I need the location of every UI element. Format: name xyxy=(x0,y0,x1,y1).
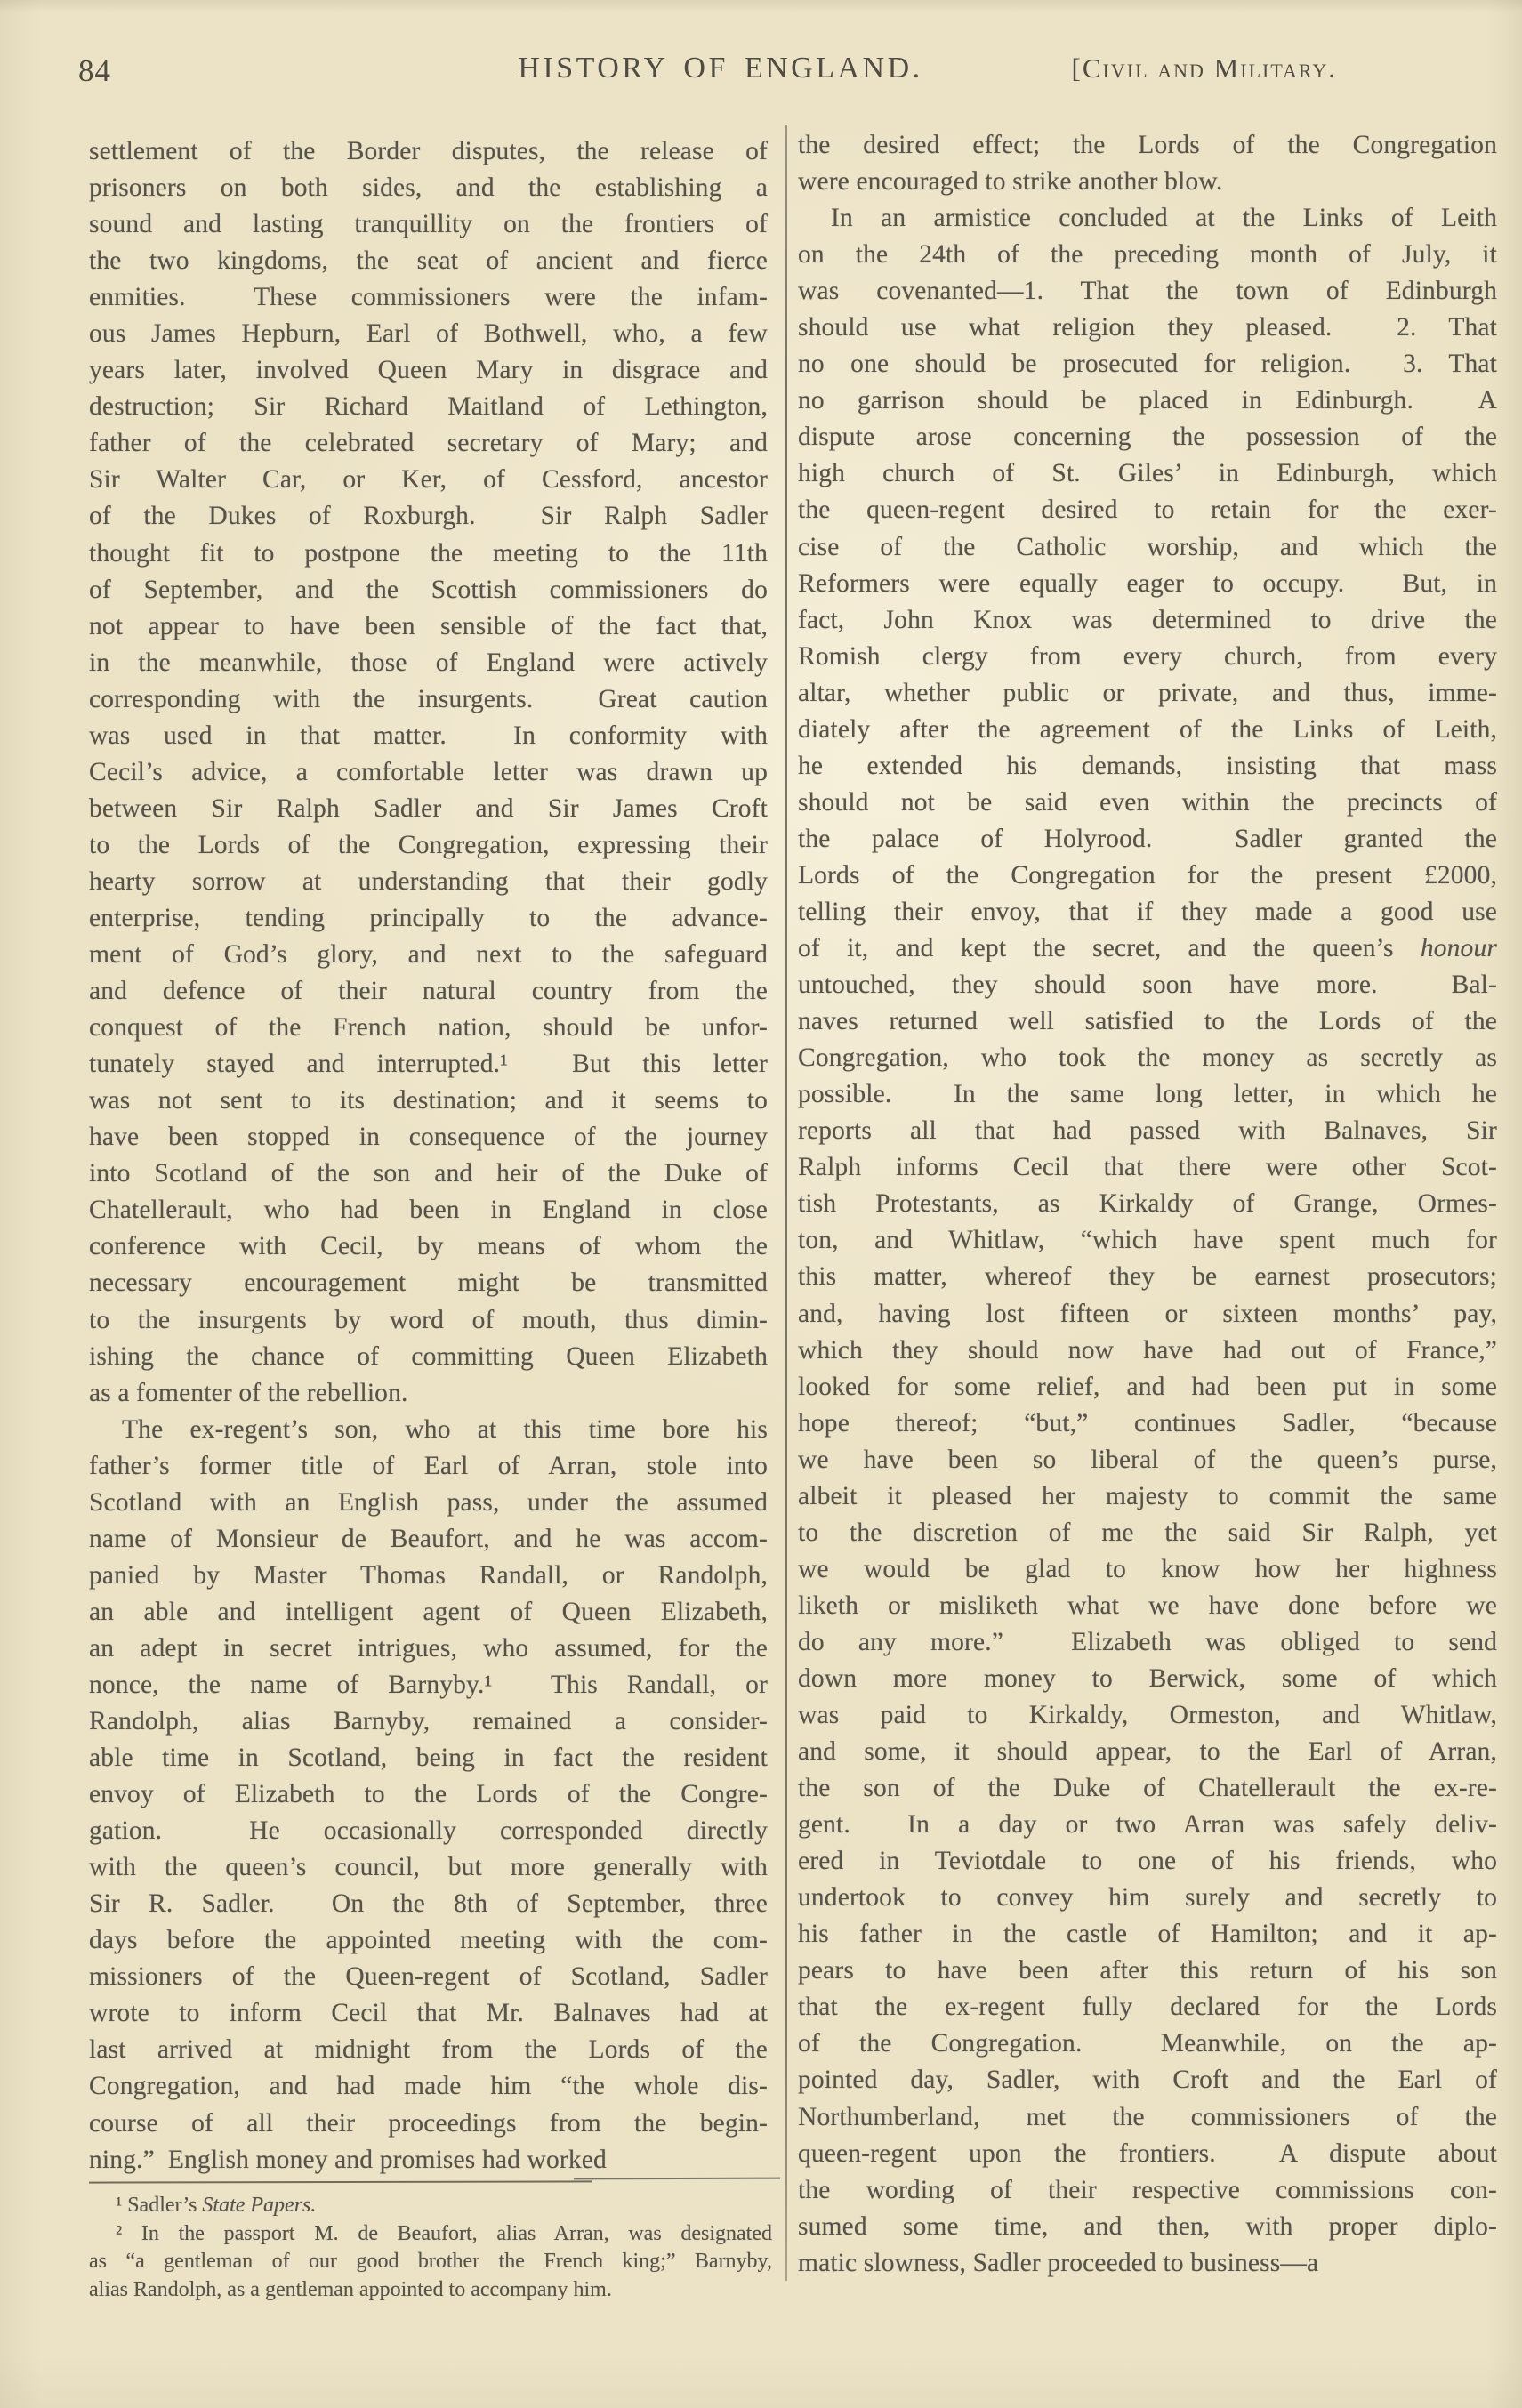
text-segment: Randolph, alias Barnyby, remained a cons… xyxy=(89,1707,768,1736)
text-segment: Cecil’s advice, a comfortable letter was… xyxy=(89,758,768,786)
text-segment: of the Congregation. Meanwhile, on the a… xyxy=(798,2029,1497,2058)
text-line: sumed some time, and then, with proper d… xyxy=(798,2209,1497,2245)
text-segment: as “a gentleman of our good brother the … xyxy=(89,2250,772,2273)
text-line: looked for some relief, and had been put… xyxy=(798,1369,1497,1405)
text-line: ishing the chance of committing Queen El… xyxy=(89,1339,768,1375)
text-segment: missioners of the Queen-regent of Scotla… xyxy=(89,1962,768,1991)
text-segment: sound and lasting tranquillity on the fr… xyxy=(89,210,768,238)
text-line: with the queen’s council, but more gener… xyxy=(89,1849,768,1886)
text-segment: necessary encouragement might be transmi… xyxy=(89,1268,768,1297)
text-segment: fact, John Knox was determined to drive … xyxy=(798,606,1497,634)
text-segment: Ralph informs Cecil that there were othe… xyxy=(798,1153,1497,1181)
text-line: of it, and kept the secret, and the quee… xyxy=(798,930,1497,967)
text-segment: and, having lost fifteen or sixteen mont… xyxy=(798,1300,1497,1328)
text-line: this matter, whereof they be earnest pro… xyxy=(798,1259,1497,1295)
text-line: as a fomenter of the rebellion. xyxy=(89,1375,768,1412)
text-line: the two kingdoms, the seat of ancient an… xyxy=(89,243,768,279)
text-segment: prisoners on both sides, and the establi… xyxy=(89,173,768,202)
text-line: the son of the Duke of Chatellerault the… xyxy=(798,1770,1497,1807)
text-segment: naves returned well satisfied to the Lor… xyxy=(798,1007,1497,1035)
text-line: altar, whether public or private, and th… xyxy=(798,675,1497,712)
text-segment: on the 24th of the preceding month of Ju… xyxy=(798,240,1497,269)
text-line: which they should now have had out of Fr… xyxy=(798,1333,1497,1369)
text-line: have been stopped in consequence of the … xyxy=(89,1119,768,1156)
text-segment: down more money to Berwick, some of whic… xyxy=(798,1664,1497,1693)
text-line: do any more.” Elizabeth was obliged to s… xyxy=(798,1624,1497,1661)
text-segment: to the Lords of the Congregation, expres… xyxy=(89,831,768,859)
text-line: Sir Walter Car, or Ker, of Cessford, anc… xyxy=(89,462,768,498)
text-segment: nonce, the name of Barnyby.¹ This Randal… xyxy=(89,1671,768,1699)
text-segment: he extended his demands, insisting that … xyxy=(798,752,1497,780)
text-segment: do any more.” Elizabeth was obliged to s… xyxy=(798,1628,1497,1656)
text-segment: Chatellerault, who had been in England i… xyxy=(89,1196,768,1224)
text-line: course of all their proceedings from the… xyxy=(89,2106,768,2142)
text-segment: should use what religion they pleased. 2… xyxy=(798,313,1497,342)
italic-text: State Papers. xyxy=(202,2194,316,2217)
text-line: we have been so liberal of the queen’s p… xyxy=(798,1442,1497,1478)
text-line: ered in Teviotdale to one of his friends… xyxy=(798,1843,1497,1880)
text-segment: envoy of Elizabeth to the Lords of the C… xyxy=(89,1780,768,1808)
footnotes: ¹ Sadler’s State Papers.² In the passpor… xyxy=(89,2192,772,2304)
text-line: of September, and the Scottish commissio… xyxy=(89,572,768,608)
text-segment: panied by Master Thomas Randall, or Rand… xyxy=(89,1561,768,1590)
text-line: father’s former title of Earl of Arran, … xyxy=(89,1448,768,1485)
text-segment: Romish clergy from every church, from ev… xyxy=(798,642,1497,671)
text-segment: thought fit to postpone the meeting to t… xyxy=(89,539,768,568)
text-line: conference with Cecil, by means of whom … xyxy=(89,1228,768,1265)
book-page: 84 HISTORY OF ENGLAND. [Civil and Milita… xyxy=(0,0,1522,2408)
text-segment: high church of St. Giles’ in Edinburgh, … xyxy=(798,459,1497,487)
text-segment: we have been so liberal of the queen’s p… xyxy=(798,1446,1497,1474)
text-line: on the 24th of the preceding month of Ju… xyxy=(798,237,1497,273)
text-segment: and some, it should appear, to the Earl … xyxy=(798,1737,1497,1766)
text-segment: the son of the Duke of Chatellerault the… xyxy=(798,1774,1497,1802)
text-segment: untouched, they should soon have more. B… xyxy=(798,970,1497,999)
text-segment: this matter, whereof they be earnest pro… xyxy=(798,1262,1497,1291)
running-head-section: [Civil and Military. xyxy=(1072,52,1337,85)
text-segment: gent. In a day or two Arran was safely d… xyxy=(798,1810,1497,1839)
text-segment: of it, and kept the secret, and the quee… xyxy=(798,934,1421,962)
text-line: name of Monsieur de Beaufort, and he was… xyxy=(89,1521,768,1558)
text-segment: the queen-regent desired to retain for t… xyxy=(798,495,1497,524)
text-line: the desired effect; the Lords of the Con… xyxy=(798,127,1497,164)
text-segment: enterprise, tending principally to the a… xyxy=(89,904,768,932)
text-segment: no garrison should be placed in Edinburg… xyxy=(798,386,1497,415)
text-line: years later, involved Queen Mary in disg… xyxy=(89,352,768,389)
text-segment: days before the appointed meeting with t… xyxy=(89,1926,768,1954)
text-line: to the insurgents by word of mouth, thus… xyxy=(89,1302,768,1339)
text-line: were encouraged to strike another blow. xyxy=(798,164,1497,200)
text-segment: name of Monsieur de Beaufort, and he was… xyxy=(89,1525,768,1553)
text-line: high church of St. Giles’ in Edinburgh, … xyxy=(798,455,1497,492)
text-line: days before the appointed meeting with t… xyxy=(89,1922,768,1959)
text-segment: father’s former title of Earl of Arran, … xyxy=(89,1452,768,1480)
text-line: of the Congregation. Meanwhile, on the a… xyxy=(798,2025,1497,2062)
text-segment: hearty sorrow at understanding that thei… xyxy=(89,867,768,896)
text-line: no garrison should be placed in Edinburg… xyxy=(798,383,1497,419)
text-line: undertook to convey him surely and secre… xyxy=(798,1880,1497,1916)
text-segment: ¹ Sadler’s xyxy=(116,2194,202,2217)
text-segment: wrote to inform Cecil that Mr. Balnaves … xyxy=(89,1999,768,2027)
text-line: the queen-regent desired to retain for t… xyxy=(798,492,1497,528)
text-line: an adept in secret intrigues, who assume… xyxy=(89,1631,768,1667)
text-segment: pears to have been after this return of … xyxy=(798,1956,1497,1985)
text-segment: hope thereof; “but,” continues Sadler, “… xyxy=(798,1409,1497,1438)
right-column: the desired effect; the Lords of the Con… xyxy=(798,127,1497,2282)
text-segment: Lords of the Congregation for the presen… xyxy=(798,861,1497,890)
text-line: gent. In a day or two Arran was safely d… xyxy=(798,1807,1497,1843)
text-line: his father in the castle of Hamilton; an… xyxy=(798,1916,1497,1953)
text-line: untouched, they should soon have more. B… xyxy=(798,967,1497,1003)
text-segment: sumed some time, and then, with proper d… xyxy=(798,2212,1497,2241)
text-segment: tish Protestants, as Kirkaldy of Grange,… xyxy=(798,1189,1497,1218)
text-line: father of the celebrated secretary of Ma… xyxy=(89,425,768,462)
footnote-line: ² In the passport M. de Beaufort, alias … xyxy=(89,2220,772,2249)
text-line: ton, and Whitlaw, “which have spent much… xyxy=(798,1222,1497,1259)
text-line: Congregation, and had made him “the whol… xyxy=(89,2068,768,2105)
text-line: nonce, the name of Barnyby.¹ This Randal… xyxy=(89,1667,768,1703)
text-line: able time in Scotland, being in fact the… xyxy=(89,1740,768,1776)
text-line: in the meanwhile, those of England were … xyxy=(89,645,768,681)
text-line: was used in that matter. In conformity w… xyxy=(89,718,768,754)
text-segment: pointed day, Sadler, with Croft and the … xyxy=(798,2066,1497,2094)
text-segment: between Sir Ralph Sadler and Sir James C… xyxy=(89,794,768,823)
text-segment: In an armistice concluded at the Links o… xyxy=(831,204,1497,232)
text-segment: was paid to Kirkaldy, Ormeston, and Whit… xyxy=(798,1701,1497,1729)
text-segment: was covenanted—1. That the town of Edinb… xyxy=(798,277,1497,305)
text-segment: was not sent to its destination; and it … xyxy=(89,1086,768,1115)
text-line: Cecil’s advice, a comfortable letter was… xyxy=(89,754,768,791)
text-line: Sir R. Sadler. On the 8th of September, … xyxy=(89,1886,768,1922)
text-segment: have been stopped in consequence of the … xyxy=(89,1123,768,1151)
text-segment: an able and intelligent agent of Queen E… xyxy=(89,1598,768,1626)
text-line: and, having lost fifteen or sixteen mont… xyxy=(798,1296,1497,1333)
text-line: wrote to inform Cecil that Mr. Balnaves … xyxy=(89,1995,768,2032)
text-line: panied by Master Thomas Randall, or Rand… xyxy=(89,1558,768,1594)
text-line: ment of God’s glory, and next to the saf… xyxy=(89,937,768,973)
text-line: should not be said even within the preci… xyxy=(798,785,1497,821)
text-segment: ton, and Whitlaw, “which have spent much… xyxy=(798,1226,1497,1254)
text-segment: to the discretion of me the said Sir Ral… xyxy=(798,1518,1497,1547)
text-segment: last arrived at midnight from the Lords … xyxy=(89,2035,768,2064)
text-segment: was used in that matter. In conformity w… xyxy=(89,721,768,750)
text-line: tish Protestants, as Kirkaldy of Grange,… xyxy=(798,1186,1497,1222)
text-line: cise of the Catholic worship, and which … xyxy=(798,529,1497,566)
text-segment: cise of the Catholic worship, and which … xyxy=(798,533,1497,561)
text-line: tunately stayed and interrupted.¹ But th… xyxy=(89,1046,768,1083)
footnote-line: ¹ Sadler’s State Papers. xyxy=(89,2192,772,2220)
text-line: to the discretion of me the said Sir Ral… xyxy=(798,1515,1497,1551)
text-segment: undertook to convey him surely and secre… xyxy=(798,1883,1497,1912)
text-segment: ous James Hepburn, Earl of Bothwell, who… xyxy=(89,319,768,348)
text-segment: liketh or misliketh what we have done be… xyxy=(798,1591,1497,1620)
text-segment: we would be glad to know how her highnes… xyxy=(798,1555,1497,1583)
text-segment: with the queen’s council, but more gener… xyxy=(89,1853,768,1881)
text-segment: no one should be prosecuted for religion… xyxy=(798,350,1497,378)
text-line: gation. He occasionally corresponded dir… xyxy=(89,1813,768,1849)
text-line: fact, John Knox was determined to drive … xyxy=(798,602,1497,639)
text-segment: which they should now have had out of Fr… xyxy=(798,1336,1497,1365)
text-segment: looked for some relief, and had been put… xyxy=(798,1373,1497,1401)
text-line: Randolph, alias Barnyby, remained a cons… xyxy=(89,1703,768,1740)
text-line: thought fit to postpone the meeting to t… xyxy=(89,536,768,572)
left-column: settlement of the Border disputes, the r… xyxy=(89,133,768,2178)
text-segment: alias Randolph, as a gentleman appointed… xyxy=(89,2278,612,2301)
text-line: enmities. These commissioners were the i… xyxy=(89,279,768,316)
text-line: no one should be prosecuted for religion… xyxy=(798,346,1497,383)
text-line: Congregation, who took the money as secr… xyxy=(798,1040,1497,1076)
text-line: conquest of the French nation, should be… xyxy=(89,1010,768,1046)
text-segment: corresponding with the insurgents. Great… xyxy=(89,685,768,713)
text-line: down more money to Berwick, some of whic… xyxy=(798,1661,1497,1697)
text-segment: albeit it pleased her majesty to commit … xyxy=(798,1482,1497,1510)
text-line: Scotland with an English pass, under the… xyxy=(89,1485,768,1521)
text-line: envoy of Elizabeth to the Lords of the C… xyxy=(89,1776,768,1813)
text-line: last arrived at midnight from the Lords … xyxy=(89,2032,768,2068)
text-segment: should not be said even within the preci… xyxy=(798,788,1497,817)
text-segment: of September, and the Scottish commissio… xyxy=(89,576,768,604)
text-segment: conquest of the French nation, should be… xyxy=(89,1013,768,1042)
text-line: was covenanted—1. That the town of Edinb… xyxy=(798,273,1497,310)
text-segment: Scotland with an English pass, under the… xyxy=(89,1488,768,1517)
text-line: an able and intelligent agent of Queen E… xyxy=(89,1594,768,1631)
text-line: Chatellerault, who had been in England i… xyxy=(89,1192,768,1228)
text-segment: an adept in secret intrigues, who assume… xyxy=(89,1634,768,1663)
text-line: corresponding with the insurgents. Great… xyxy=(89,681,768,718)
text-segment: ered in Teviotdale to one of his friends… xyxy=(798,1847,1497,1875)
text-segment: the wording of their respective commissi… xyxy=(798,2176,1497,2204)
text-line: reports all that had passed with Balnave… xyxy=(798,1113,1497,1149)
text-line: telling their envoy, that if they made a… xyxy=(798,894,1497,930)
text-line: ning.” English money and promises had wo… xyxy=(89,2142,768,2178)
text-line: enterprise, tending principally to the a… xyxy=(89,900,768,937)
text-line: the palace of Holyrood. Sadler granted t… xyxy=(798,821,1497,858)
text-segment: able time in Scotland, being in fact the… xyxy=(89,1744,768,1772)
text-line: Lords of the Congregation for the presen… xyxy=(798,858,1497,894)
column-divider-rule xyxy=(785,125,787,2281)
text-segment: the palace of Holyrood. Sadler granted t… xyxy=(798,825,1497,853)
text-segment: that the ex-regent fully declared for th… xyxy=(798,1993,1497,2021)
text-line: and some, it should appear, to the Earl … xyxy=(798,1734,1497,1770)
text-line: should use what religion they pleased. 2… xyxy=(798,310,1497,346)
text-segment: telling their envoy, that if they made a… xyxy=(798,898,1497,926)
text-line: of the Dukes of Roxburgh. Sir Ralph Sadl… xyxy=(89,498,768,535)
text-segment: The ex-regent’s son, who at this time bo… xyxy=(122,1415,768,1444)
text-line: matic slowness, Sadler proceeded to busi… xyxy=(798,2245,1497,2282)
italic-text: honour xyxy=(1421,934,1497,962)
text-segment: in the meanwhile, those of England were … xyxy=(89,648,768,677)
text-line: dispute arose concerning the possession … xyxy=(798,419,1497,455)
footnote-line: alias Randolph, as a gentleman appointed… xyxy=(89,2276,772,2305)
text-line: diately after the agreement of the Links… xyxy=(798,712,1497,748)
text-segment: altar, whether public or private, and th… xyxy=(798,679,1497,707)
footnote-line: as “a gentleman of our good brother the … xyxy=(89,2248,772,2276)
text-segment: ment of God’s glory, and next to the saf… xyxy=(89,940,768,969)
text-segment: and defence of their natural country fro… xyxy=(89,977,768,1005)
text-segment: the two kingdoms, the seat of ancient an… xyxy=(89,246,768,275)
text-segment: conference with Cecil, by means of whom … xyxy=(89,1232,768,1260)
text-segment: of the Dukes of Roxburgh. Sir Ralph Sadl… xyxy=(89,502,768,530)
text-segment: ishing the chance of committing Queen El… xyxy=(89,1342,768,1371)
text-line: missioners of the Queen-regent of Scotla… xyxy=(89,1959,768,1995)
text-segment: settlement of the Border disputes, the r… xyxy=(89,137,768,165)
text-segment: Sir R. Sadler. On the 8th of September, … xyxy=(89,1889,768,1918)
text-line: naves returned well satisfied to the Lor… xyxy=(798,1003,1497,1040)
text-line: we would be glad to know how her highnes… xyxy=(798,1551,1497,1588)
text-line: Ralph informs Cecil that there were othe… xyxy=(798,1149,1497,1186)
text-line: not appear to have been sensible of the … xyxy=(89,608,768,645)
text-segment: enmities. These commissioners were the i… xyxy=(89,283,768,311)
text-line: sound and lasting tranquillity on the fr… xyxy=(89,206,768,243)
text-line: settlement of the Border disputes, the r… xyxy=(89,133,768,170)
text-segment: Northumberland, met the commissioners of… xyxy=(798,2103,1497,2131)
text-segment: tunately stayed and interrupted.¹ But th… xyxy=(89,1050,768,1078)
text-segment: Reformers were equally eager to occupy. … xyxy=(798,569,1497,598)
text-segment: into Scotland of the son and heir of the… xyxy=(89,1159,768,1188)
text-line: he extended his demands, insisting that … xyxy=(798,748,1497,785)
text-line: Reformers were equally eager to occupy. … xyxy=(798,566,1497,602)
text-segment: the desired effect; the Lords of the Con… xyxy=(798,131,1497,159)
text-line: Northumberland, met the commissioners of… xyxy=(798,2099,1497,2136)
text-segment: ² In the passport M. de Beaufort, alias … xyxy=(116,2222,772,2245)
text-line: albeit it pleased her majesty to commit … xyxy=(798,1478,1497,1515)
text-line: between Sir Ralph Sadler and Sir James C… xyxy=(89,791,768,827)
text-segment: as a fomenter of the rebellion. xyxy=(89,1379,408,1407)
text-line: was paid to Kirkaldy, Ormeston, and Whit… xyxy=(798,1697,1497,1734)
text-segment: Sir Walter Car, or Ker, of Cessford, anc… xyxy=(89,465,768,494)
text-line: Romish clergy from every church, from ev… xyxy=(798,639,1497,675)
footnote-separator-rule-segment xyxy=(574,2178,780,2180)
text-line: prisoners on both sides, and the establi… xyxy=(89,170,768,206)
text-line: that the ex-regent fully declared for th… xyxy=(798,1989,1497,2025)
text-line: necessary encouragement might be transmi… xyxy=(89,1265,768,1301)
text-line: queen-regent upon the frontiers. A dispu… xyxy=(798,2136,1497,2172)
text-segment: reports all that had passed with Balnave… xyxy=(798,1116,1497,1145)
text-segment: possible. In the same long letter, in wh… xyxy=(798,1080,1497,1108)
text-line: possible. In the same long letter, in wh… xyxy=(798,1076,1497,1113)
text-segment: course of all their proceedings from the… xyxy=(89,2109,768,2138)
text-segment: his father in the castle of Hamilton; an… xyxy=(798,1920,1497,1948)
text-segment: Congregation, who took the money as secr… xyxy=(798,1043,1497,1072)
text-line: The ex-regent’s son, who at this time bo… xyxy=(89,1412,768,1448)
text-segment: Congregation, and had made him “the whol… xyxy=(89,2072,768,2100)
text-segment: years later, involved Queen Mary in disg… xyxy=(89,356,768,384)
text-line: was not sent to its destination; and it … xyxy=(89,1083,768,1119)
text-segment: queen-regent upon the frontiers. A dispu… xyxy=(798,2139,1497,2168)
text-segment: ning.” English money and promises had wo… xyxy=(89,2146,607,2174)
text-segment: matic slowness, Sadler proceeded to busi… xyxy=(798,2249,1318,2277)
text-line: the wording of their respective commissi… xyxy=(798,2172,1497,2209)
text-line: liketh or misliketh what we have done be… xyxy=(798,1588,1497,1624)
text-line: ous James Hepburn, Earl of Bothwell, who… xyxy=(89,316,768,352)
text-segment: destruction; Sir Richard Maitland of Let… xyxy=(89,392,768,421)
text-segment: were encouraged to strike another blow. xyxy=(798,167,1222,196)
text-segment: diately after the agreement of the Links… xyxy=(798,715,1497,744)
text-line: hope thereof; “but,” continues Sadler, “… xyxy=(798,1405,1497,1442)
text-line: pointed day, Sadler, with Croft and the … xyxy=(798,2062,1497,2098)
text-line: and defence of their natural country fro… xyxy=(89,973,768,1010)
text-line: into Scotland of the son and heir of the… xyxy=(89,1156,768,1192)
text-line: pears to have been after this return of … xyxy=(798,1953,1497,1989)
text-segment: gation. He occasionally corresponded dir… xyxy=(89,1816,768,1845)
text-line: hearty sorrow at understanding that thei… xyxy=(89,864,768,900)
text-segment: not appear to have been sensible of the … xyxy=(89,612,768,640)
page-header: 84 HISTORY OF ENGLAND. [Civil and Milita… xyxy=(0,50,1522,96)
text-segment: father of the celebrated secretary of Ma… xyxy=(89,429,768,457)
text-segment: to the insurgents by word of mouth, thus… xyxy=(89,1306,768,1334)
text-segment: dispute arose concerning the possession … xyxy=(798,423,1497,451)
text-line: destruction; Sir Richard Maitland of Let… xyxy=(89,389,768,425)
text-line: to the Lords of the Congregation, expres… xyxy=(89,827,768,864)
text-line: In an armistice concluded at the Links o… xyxy=(798,200,1497,237)
footnote-separator-rule xyxy=(89,2180,592,2183)
